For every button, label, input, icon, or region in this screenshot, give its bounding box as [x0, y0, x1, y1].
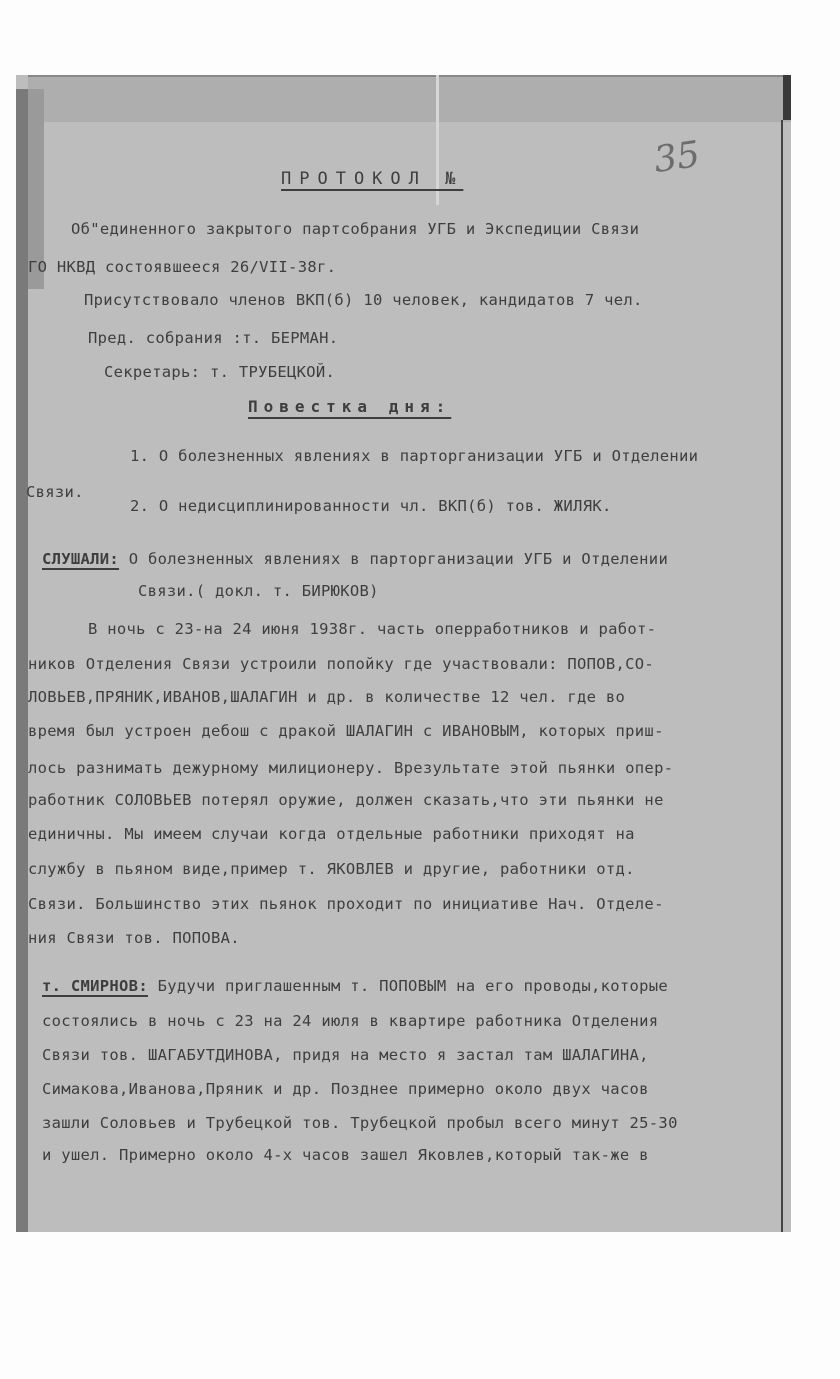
secretary-line: Секретарь: т. ТРУБЕЦКОЙ.: [104, 363, 335, 381]
smirnov-label: т. СМИРНОВ:: [42, 977, 148, 995]
heard-topic: О болезненных явлениях в парторганизации…: [119, 550, 668, 568]
paragraph-line: ников Отделения Связи устроили попойку г…: [28, 655, 654, 673]
paragraph-line: ния Связи тов. ПОПОВА.: [28, 929, 240, 947]
smirnov-line: состоялись в ночь с 23 на 24 июля в квар…: [42, 1012, 658, 1030]
agenda-item-2: 2. О недисциплинированности чл. ВКП(б) т…: [130, 497, 612, 515]
typed-text: ПРОТОКОЛ № Об"единенного закрытого партс…: [16, 75, 791, 1232]
paragraph-line: Связи. Большинство этих пьянок проходит …: [28, 895, 664, 913]
paragraph-line: В ночь с 23-на 24 июня 1938г. часть опер…: [88, 620, 656, 638]
paragraph-line: единичны. Мы имеем случаи когда отдельны…: [28, 825, 635, 843]
chairman-line: Пред. собрания :т. БЕРМАН.: [88, 329, 338, 347]
attendance-line: Присутствовало членов ВКП(б) 10 человек,…: [84, 291, 643, 309]
agenda-item-1-cont: Связи.: [26, 483, 84, 501]
heard-label: СЛУШАЛИ:: [42, 550, 119, 568]
scanned-page: 35 ПРОТОКОЛ № Об"единенного закрытого па…: [16, 75, 791, 1232]
smirnov-line: зашли Соловьев и Трубецкой тов. Трубецко…: [42, 1114, 678, 1132]
paragraph-line: время был устроен дебош с дракой ШАЛАГИН…: [28, 722, 664, 740]
smirnov-line: и ушел. Примерно около 4-х часов зашел Я…: [42, 1146, 649, 1164]
smirnov-line: Симакова,Иванова,Пряник и др. Позднее пр…: [42, 1080, 649, 1098]
smirnov-line: Будучи приглашенным т. ПОПОВЫМ на его пр…: [148, 977, 668, 995]
paragraph-line: работник СОЛОВЬЕВ потерял оружие, должен…: [28, 791, 664, 809]
paragraph-line: службу в пьяном виде,пример т. ЯКОВЛЕВ и…: [28, 860, 635, 878]
header-line-2: ГО НКВД состоявшееся 26/VII-38г.: [28, 258, 336, 276]
agenda-title: Повестка дня:: [248, 397, 451, 416]
header-line-1: Об"единенного закрытого партсобрания УГБ…: [71, 220, 639, 238]
smirnov-line: Связи тов. ШАГАБУТДИНОВА, придя на место…: [42, 1046, 649, 1064]
smirnov-section: т. СМИРНОВ: Будучи приглашенным т. ПОПОВ…: [42, 977, 668, 995]
paragraph-line: лось разнимать дежурному милиционеру. Вр…: [28, 759, 673, 777]
paragraph-line: ЛОВЬЕВ,ПРЯНИК,ИВАНОВ,ШАЛАГИН и др. в кол…: [28, 688, 625, 706]
document-title: ПРОТОКОЛ №: [281, 169, 463, 189]
heard-section: СЛУШАЛИ: О болезненных явлениях в партор…: [42, 550, 668, 568]
agenda-item-1: 1. О болезненных явлениях в парторганиза…: [130, 447, 698, 465]
heard-topic-cont: Связи.( докл. т. БИРЮКОВ): [138, 582, 379, 600]
